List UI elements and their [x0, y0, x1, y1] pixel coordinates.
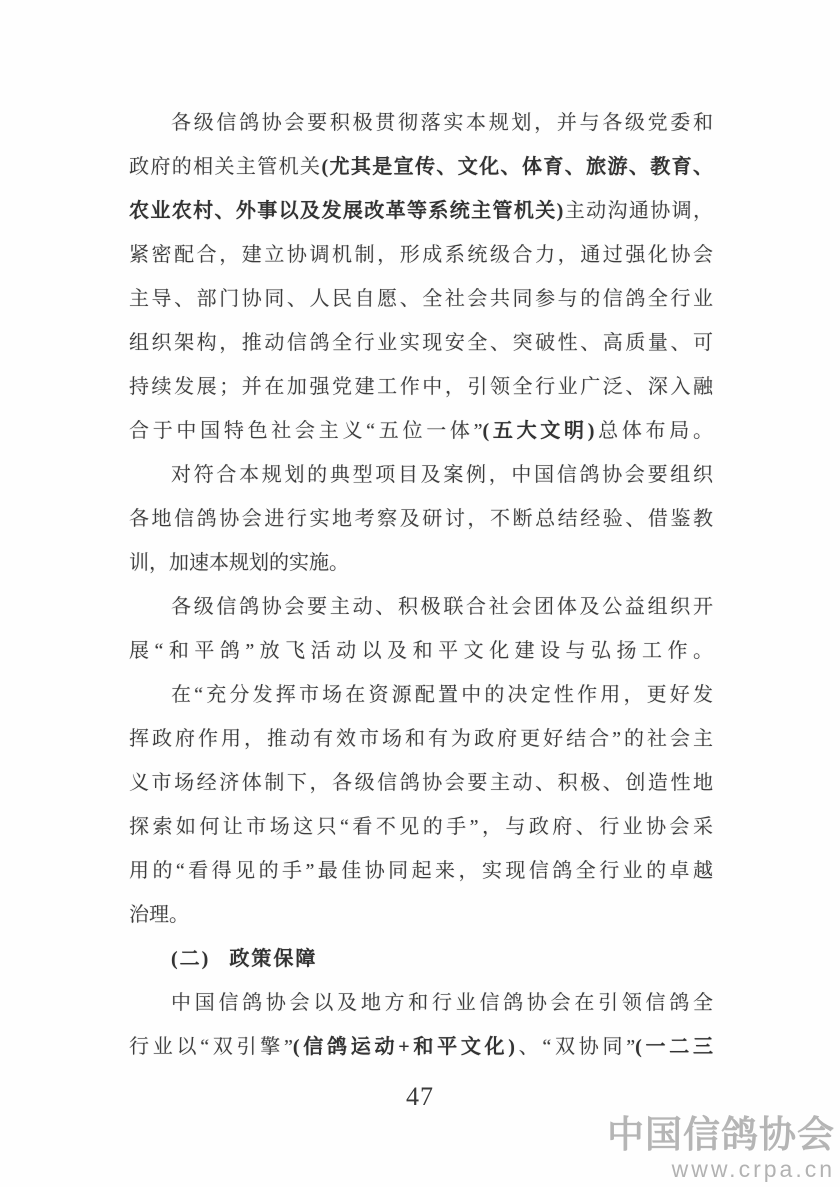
body-text: 对符合本规划的典型项目及案例，中国信鸽协会要组织: [171, 464, 713, 486]
body-text: 在“充分发挥市场在资源配置中的决定性作用，更好发: [171, 684, 713, 706]
body-text: 合于中国特色社会主义“五位一体”: [129, 420, 483, 442]
body-text: 用的“看得见的手”最佳协同起来，实现信鸽全行业的卓越: [129, 860, 713, 882]
text-line: 各地信鸽协会进行实地考察及研讨，不断总结经验、借鉴教: [129, 497, 713, 541]
text-line: 展“和平鸽”放飞活动以及和平文化建设与弘扬工作。: [129, 629, 713, 673]
body-text: 主导、部门协同、人民自愿、全社会共同参与的信鸽全行业: [129, 288, 713, 310]
watermark-org-name: 中国信鸽协会: [607, 1116, 835, 1155]
body-text: 义市场经济体制下，各级信鸽协会要主动、积极、创造性地: [129, 772, 713, 794]
body-text: 各级信鸽协会要积极贯彻落实本规划，并与各级党委和: [171, 112, 713, 134]
watermark: 中国信鸽协会 www.crpa.cn: [607, 1116, 835, 1181]
body-text: 行业以“双引擎”: [129, 1036, 293, 1058]
text-line: 训，加速本规划的实施。: [129, 541, 713, 585]
text-line: 用的“看得见的手”最佳协同起来，实现信鸽全行业的卓越: [129, 849, 713, 893]
emphasis-text: 农业农村、外事以及发展改革等系统主管机关): [129, 200, 563, 222]
body-text: 总体布局。: [594, 420, 713, 442]
text-line: 合于中国特色社会主义“五位一体”(五大文明)总体布局。: [129, 409, 713, 453]
body-text: 各地信鸽协会进行实地考察及研讨，不断总结经验、借鉴教: [129, 508, 713, 530]
text-line: 在“充分发挥市场在资源配置中的决定性作用，更好发: [129, 673, 713, 717]
section-heading: (二) 政策保障: [129, 937, 713, 981]
text-line: 组织架构，推动信鸽全行业实现安全、突破性、高质量、可: [129, 321, 713, 365]
emphasis-text: (二) 政策保障: [171, 948, 317, 970]
text-line: 治理。: [129, 893, 713, 937]
emphasis-text: (信鸽运动+和平文化): [293, 1036, 515, 1058]
text-line: 探索如何让市场这只“看不见的手”，与政府、行业协会采: [129, 805, 713, 849]
text-line: 持续发展；并在加强党建工作中，引领全行业广泛、深入融: [129, 365, 713, 409]
document-page: 各级信鸽协会要积极贯彻落实本规划，并与各级党委和政府的相关主管机关(尤其是宣传、…: [0, 0, 840, 1187]
body-text: 组织架构，推动信鸽全行业实现安全、突破性、高质量、可: [129, 332, 713, 354]
body-text: 各级信鸽协会要主动、积极联合社会团体及公益组织开: [171, 596, 713, 618]
text-line: 各级信鸽协会要主动、积极联合社会团体及公益组织开: [129, 585, 713, 629]
body-text: 紧密配合，建立协调机制，形成系统级合力，通过强化协会: [129, 244, 713, 266]
emphasis-text: (尤其是宣传、文化、体育、旅游、教育、: [321, 156, 713, 178]
text-line: 各级信鸽协会要积极贯彻落实本规划，并与各级党委和: [129, 101, 713, 145]
body-text: 主动沟通协调，: [563, 200, 713, 222]
page-number: 47: [0, 1082, 840, 1112]
body-text: 、“双协同”: [515, 1036, 635, 1058]
watermark-url: www.crpa.cn: [607, 1157, 835, 1181]
text-line: 挥政府作用，推动有效市场和有为政府更好结合”的社会主: [129, 717, 713, 761]
body-text: 政府的相关主管机关: [129, 156, 321, 178]
emphasis-text: (一二三: [635, 1036, 713, 1058]
text-line: 行业以“双引擎”(信鸽运动+和平文化)、“双协同”(一二三: [129, 1025, 713, 1069]
text-line: 中国信鸽协会以及地方和行业信鸽协会在引领信鸽全: [129, 981, 713, 1025]
emphasis-text: (五大文明): [483, 420, 595, 442]
text-line: 对符合本规划的典型项目及案例，中国信鸽协会要组织: [129, 453, 713, 497]
text-block: 各级信鸽协会要积极贯彻落实本规划，并与各级党委和政府的相关主管机关(尤其是宣传、…: [129, 101, 713, 1069]
body-text: 训，加速本规划的实施。: [129, 552, 349, 574]
text-line: 农业农村、外事以及发展改革等系统主管机关)主动沟通协调，: [129, 189, 713, 233]
body-text: 治理。: [129, 904, 189, 926]
text-line: 义市场经济体制下，各级信鸽协会要主动、积极、创造性地: [129, 761, 713, 805]
text-line: 主导、部门协同、人民自愿、全社会共同参与的信鸽全行业: [129, 277, 713, 321]
body-text: 探索如何让市场这只“看不见的手”，与政府、行业协会采: [129, 816, 713, 838]
body-text: 挥政府作用，推动有效市场和有为政府更好结合”的社会主: [129, 728, 713, 750]
text-line: 政府的相关主管机关(尤其是宣传、文化、体育、旅游、教育、: [129, 145, 713, 189]
text-line: 紧密配合，建立协调机制，形成系统级合力，通过强化协会: [129, 233, 713, 277]
body-text: 中国信鸽协会以及地方和行业信鸽协会在引领信鸽全: [171, 992, 713, 1014]
body-text: 持续发展；并在加强党建工作中，引领全行业广泛、深入融: [129, 376, 713, 398]
body-text: 展“和平鸽”放飞活动以及和平文化建设与弘扬工作。: [129, 640, 713, 662]
